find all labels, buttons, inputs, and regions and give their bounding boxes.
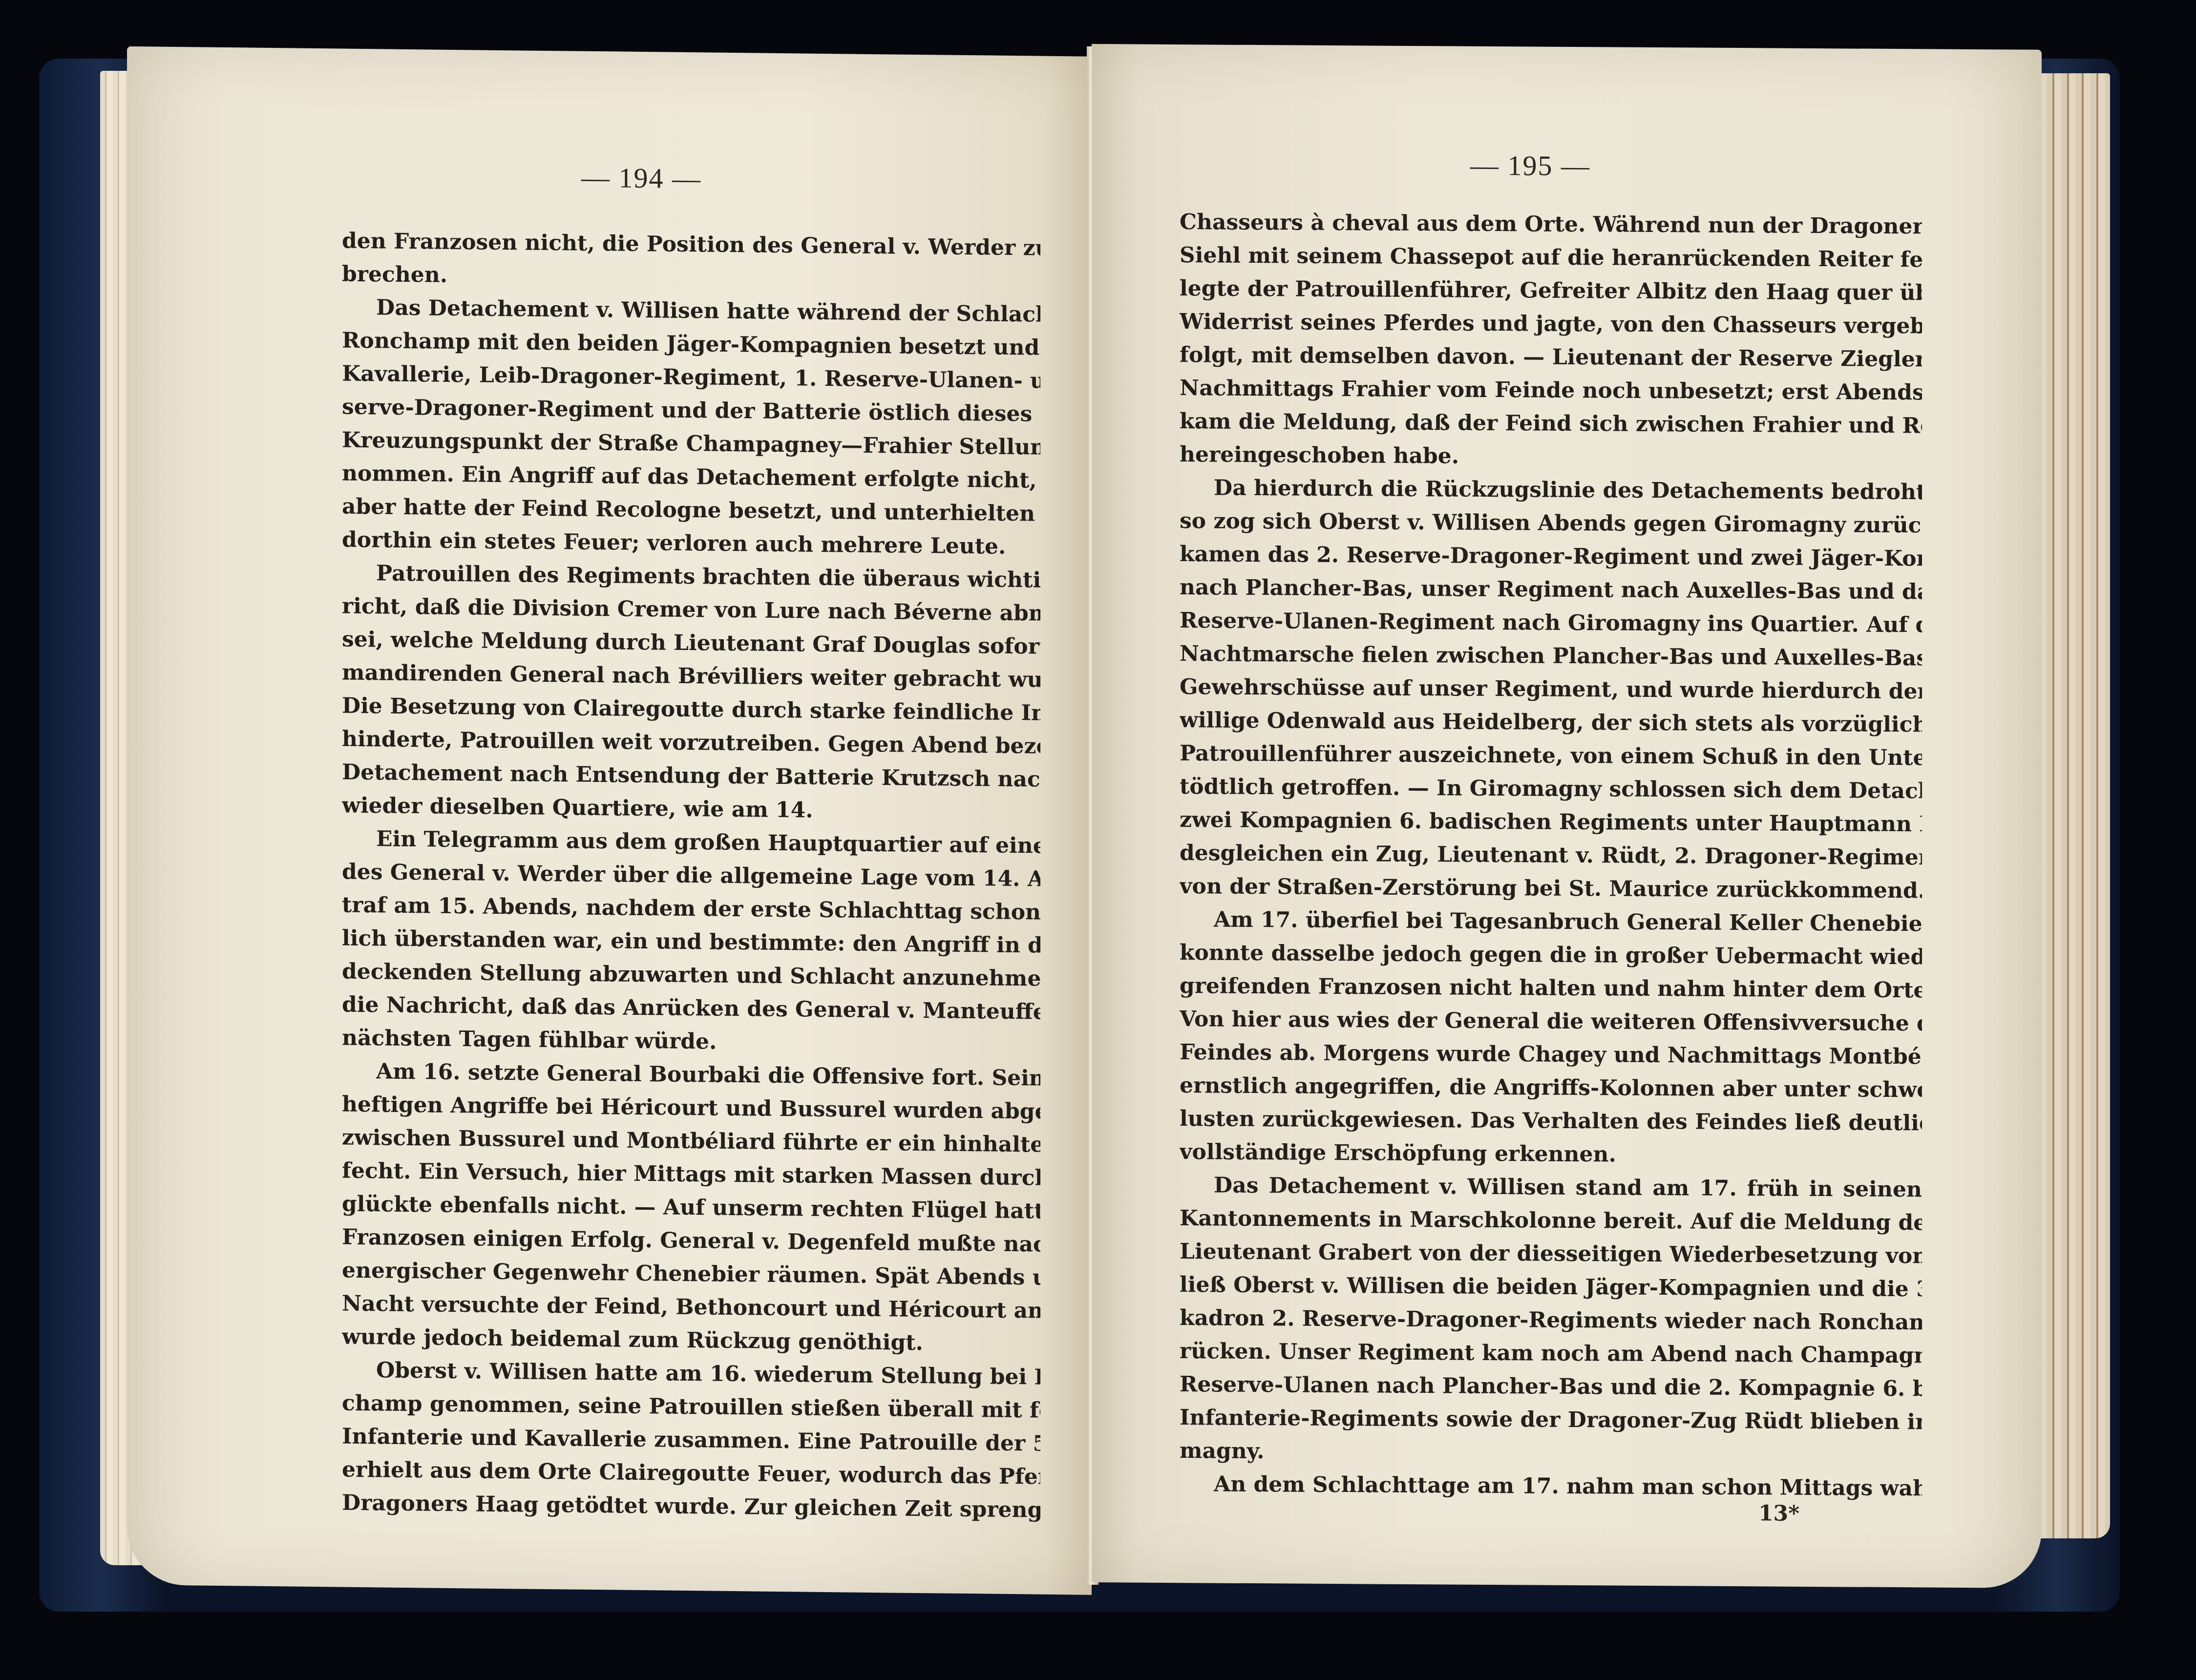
text-line: Siehl mit seinem Chassepot auf die heran… — [1180, 239, 1922, 276]
text-line: Patrouillenführer auszeichnete, von eine… — [1180, 737, 1922, 775]
text-line: Infanterie-Regiments sowie der Dragoner-… — [1180, 1401, 1922, 1439]
text-line: kam die Meldung, daß der Feind sich zwis… — [1180, 405, 1922, 442]
text-line: ließ Oberst v. Willisen die beiden Jäger… — [1180, 1268, 1922, 1306]
text-line: legte der Patrouillenführer, Gefreiter A… — [1180, 272, 1922, 310]
text-line: Kantonnements in Marschkolonne bereit. A… — [1180, 1202, 1922, 1239]
text-line: folgt, mit demselben davon. — Lieutenant… — [1180, 338, 1922, 376]
text-line: Reserve-Ulanen nach Plancher-Bas und die… — [1180, 1368, 1922, 1406]
text-line: Von hier aus wies der General die weiter… — [1180, 1003, 1922, 1040]
page-number: — 195 — — [1470, 149, 1590, 183]
page-body-text: Chasseurs à cheval aus dem Orte. Während… — [1180, 206, 1922, 1505]
text-line: zwei Kompagnien 6. badischen Regiments u… — [1180, 803, 1922, 841]
right-page: — 195 — Chasseurs à cheval aus dem Orte.… — [1092, 44, 2042, 1588]
text-line: nach Plancher-Bas, unser Regiment nach A… — [1180, 571, 1922, 609]
text-line: Nachtmarsche fielen zwischen Plancher-Ba… — [1180, 637, 1922, 675]
text-line: Gewehrschüsse auf unser Regiment, und wu… — [1180, 671, 1922, 708]
text-line: Reserve-Ulanen-Regiment nach Giromagny i… — [1180, 604, 1922, 642]
text-line: Da hierdurch die Rückzugslinie des Detac… — [1180, 471, 1922, 509]
left-page: — 194 — den Franzosen nicht, die Positio… — [127, 46, 1092, 1595]
text-line: kadron 2. Reserve-Dragoner-Regiments wie… — [1180, 1302, 1922, 1339]
text-line: Nachmittags Frahier vom Feinde noch unbe… — [1180, 372, 1922, 409]
text-line: greifenden Franzosen nicht halten und na… — [1180, 969, 1922, 1007]
text-line: tödtlich getroffen. — In Giromagny schlo… — [1180, 770, 1922, 808]
text-line: Lieutenant Grabert von der diesseitigen … — [1180, 1235, 1922, 1273]
text-line: Widerrist seines Pferdes und jagte, von … — [1180, 305, 1922, 343]
signature-mark: 13* — [1758, 1501, 1799, 1526]
text-line: lusten zurückgewiesen. Das Verhalten des… — [1180, 1102, 1922, 1140]
text-line: vollständige Erschöpfung erkennen. — [1180, 1135, 1922, 1173]
text-line: so zog sich Oberst v. Willisen Abends ge… — [1180, 504, 1922, 542]
text-line: desgleichen ein Zug, Lieutenant v. Rüdt,… — [1180, 837, 1922, 874]
text-line: hereingeschoben habe. — [1180, 438, 1922, 476]
text-line: willige Odenwald aus Heidelberg, der sic… — [1180, 704, 1922, 741]
text-line: von der Straßen-Zerstörung bei St. Mauri… — [1180, 870, 1922, 907]
text-line: Das Detachement v. Willisen stand am 17.… — [1180, 1169, 1922, 1206]
text-line: Dragoners Haag getödtet wurde. Zur gleic… — [342, 1487, 1040, 1527]
text-line: kamen das 2. Reserve-Dragoner-Regiment u… — [1180, 538, 1922, 575]
text-line: Feindes ab. Morgens wurde Chagey und Nac… — [1180, 1036, 1922, 1073]
page-body-text: den Franzosen nicht, die Position des Ge… — [342, 225, 1040, 1527]
text-line: ernstlich angegriffen, die Angriffs-Kolo… — [1180, 1069, 1922, 1107]
text-line: konnte dasselbe jedoch gegen die in groß… — [1180, 936, 1922, 974]
text-line: Chasseurs à cheval aus dem Orte. Während… — [1180, 206, 1922, 243]
text-line: Am 17. überfiel bei Tagesanbruch General… — [1180, 903, 1922, 941]
text-line: An dem Schlachttage am 17. nahm man scho… — [1180, 1468, 1922, 1505]
page-number: — 194 — — [581, 161, 701, 195]
text-line: rücken. Unser Regiment kam noch am Abend… — [1180, 1335, 1922, 1372]
text-line: magny. — [1180, 1434, 1922, 1472]
